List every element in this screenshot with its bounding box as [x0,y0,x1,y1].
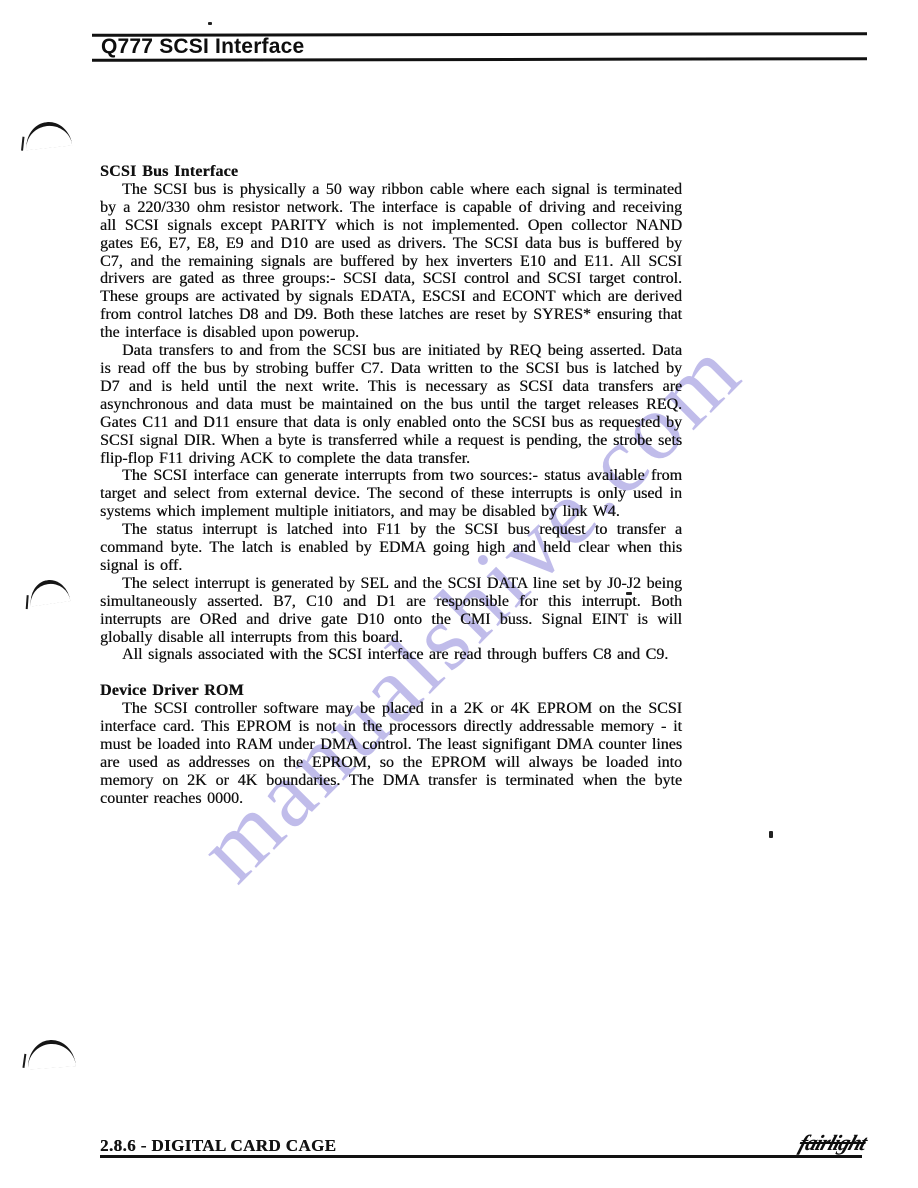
footer-section-label: 2.8.6 - DIGITAL CARD CAGE [100,1136,336,1156]
paragraph: The status interrupt is latched into F11… [100,521,682,575]
section-heading-scsi-bus-interface: SCSI Bus Interface [100,163,682,181]
footer-rule [100,1155,862,1158]
paragraph: The SCSI controller software may be plac… [100,700,682,807]
paragraph: The select interrupt is generated by SEL… [100,575,682,647]
paragraph: Data transfers to and from the SCSI bus … [100,342,682,467]
scanned-manual-page: manualshive.com Q777 SCSI Interface SCSI… [0,0,918,1188]
binding-hole-mark [28,577,71,606]
scan-speck [769,831,773,838]
section-heading-device-driver-rom: Device Driver ROM [100,682,682,700]
paragraph: All signals associated with the SCSI int… [100,646,682,664]
paragraph: The SCSI bus is physically a 50 way ribb… [100,181,682,342]
binding-hole-mark [24,120,72,151]
binding-hole-mark [26,1038,76,1069]
paragraph: The SCSI interface can generate interrup… [100,467,682,521]
document-body: SCSI Bus Interface The SCSI bus is physi… [100,163,682,808]
fairlight-logo: fairlight [796,1130,870,1156]
page-title: Q777 SCSI Interface [101,35,304,59]
scan-speck [208,22,212,25]
header-rule-bottom [92,57,867,62]
